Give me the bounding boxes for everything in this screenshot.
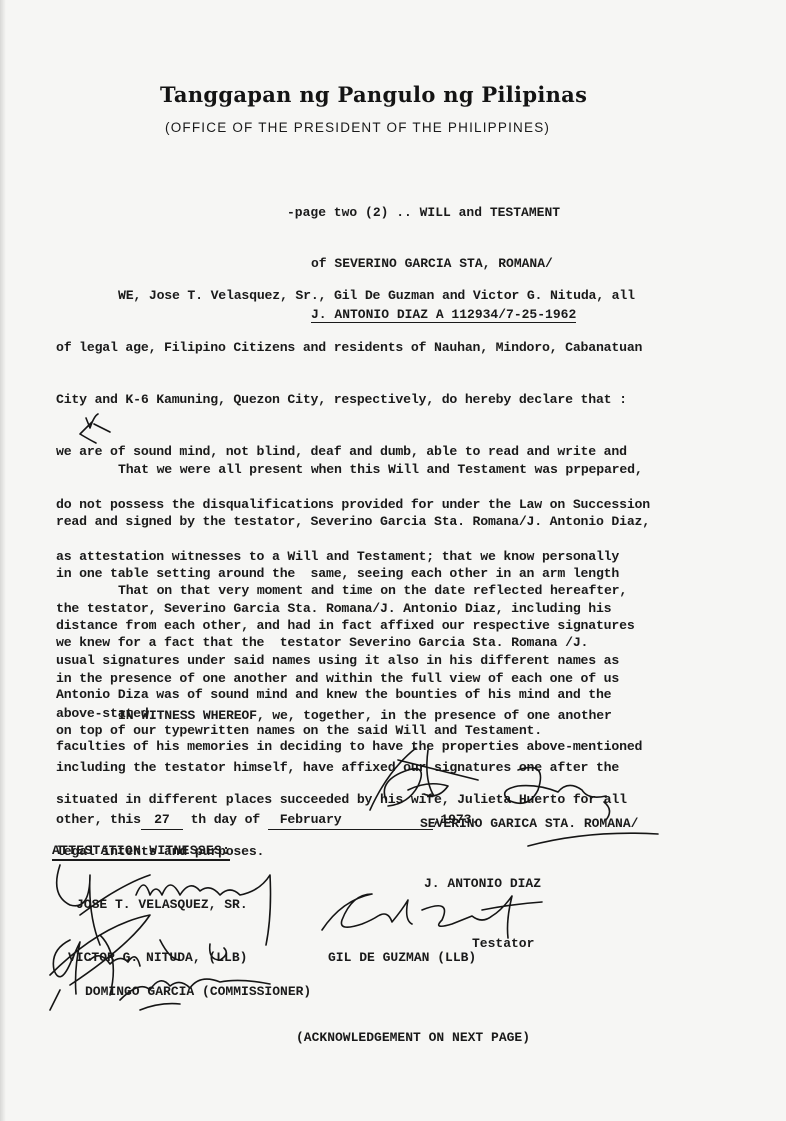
paragraph-line: we knew for a fact that the testator Sev… — [56, 634, 756, 651]
paragraph-line: That we were all present when this Will … — [118, 462, 643, 477]
paragraph-line: IN WITNESS WHEREOF, we, together, in the… — [118, 708, 612, 723]
witness-name-velasquez: JOSE T. VELASQUEZ, SR. — [76, 897, 248, 912]
witness-name-nituda: VICTOR G. NITUDA, (LLB) — [68, 950, 247, 965]
letterhead-title: Tanggapan ng Pangulo ng Pilipinas — [160, 82, 620, 107]
document-page: Tanggapan ng Pangulo ng Pilipinas (OFFIC… — [0, 0, 786, 1121]
witness-name-garcia: DOMINGO GARCIA (COMMISSIONER) — [85, 984, 311, 999]
heading-line-1: -page two (2) .. WILL and TESTAMENT — [287, 204, 576, 221]
testator-name-line-1: SEVERINO GARICA STA. ROMANA/ — [420, 814, 638, 834]
witness-name-de-guzman: GIL DE GUZMAN (LLB) — [328, 950, 476, 965]
paragraph-line: read and signed by the testator, Severin… — [56, 513, 756, 530]
paragraph-line: City and K-6 Kamuning, Quezon City, resp… — [56, 391, 756, 408]
paragraph-line: That on that very moment and time on the… — [118, 583, 627, 598]
witness-de-guzman-signature-icon — [312, 880, 542, 940]
date-day-field: 27 — [141, 811, 183, 829]
paragraph-line: WE, Jose T. Velasquez, Sr., Gil De Guzma… — [118, 288, 635, 303]
letterhead-subtitle: (OFFICE OF THE PRESIDENT OF THE PHILIPPI… — [165, 120, 550, 135]
page-edge-shadow — [0, 0, 6, 1121]
witness-nituda-signature-icon — [40, 930, 280, 1020]
paragraph-line: of legal age, Filipino Citizens and resi… — [56, 339, 756, 356]
acknowledgement-note: (ACKNOWLEDGEMENT ON NEXT PAGE) — [296, 1030, 530, 1045]
